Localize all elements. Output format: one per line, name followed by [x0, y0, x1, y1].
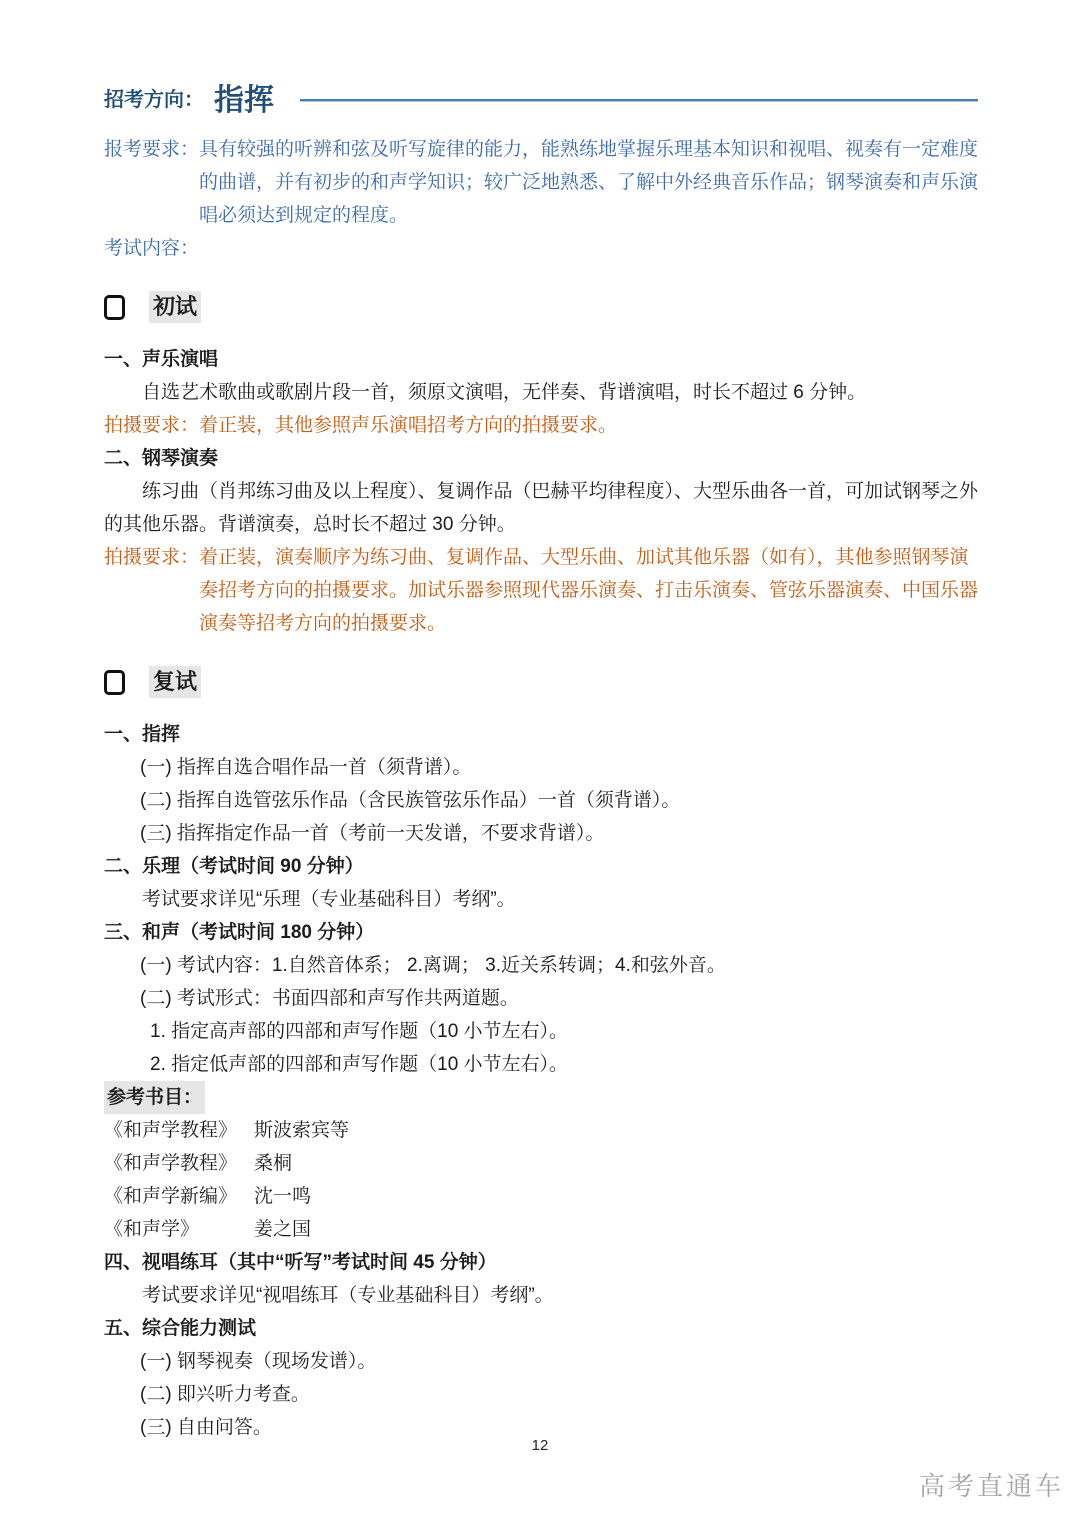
- book-title: 《和声学教程》: [104, 1147, 254, 1180]
- piano-title: 二、钢琴演奏: [104, 442, 980, 475]
- square-bullet-icon: [104, 670, 125, 695]
- document-page: { "header": { "direction_label": "招考方向："…: [0, 0, 1080, 1526]
- book-author: 桑桐: [254, 1147, 292, 1180]
- direction-label: 招考方向：: [104, 84, 204, 117]
- list-item: (一) 考试内容：1.自然音体系； 2.离调； 3.近关系转调；4.和弦外音。: [104, 949, 980, 982]
- exam-content-label: 考试内容：: [104, 232, 980, 265]
- book-title: 《和声学》: [104, 1213, 254, 1246]
- list-item: (二) 考试形式：书面四部和声写作共两道题。: [104, 982, 980, 1015]
- apply-requirements-label: 报考要求：: [104, 133, 199, 232]
- book-author: 斯波索宾等: [254, 1114, 349, 1147]
- list-item: 1. 指定高声部的四部和声写作题（10 小节左右）。: [104, 1015, 980, 1048]
- list-item: (一) 钢琴视奏（现场发谱）。: [104, 1345, 980, 1378]
- list-item: (二) 指挥自选管弦乐作品（含民族管弦乐作品）一首（须背谱）。: [104, 784, 980, 817]
- vocal-shooting-requirements: 拍摄要求： 着正装，其他参照声乐演唱招考方向的拍摄要求。: [104, 409, 980, 442]
- conducting-title: 一、指挥: [104, 718, 980, 751]
- book-row: 《和声学教程》 桑桐: [104, 1147, 980, 1180]
- page-title: 指挥: [214, 84, 274, 117]
- list-item: (一) 指挥自选合唱作品一首（须背谱）。: [104, 751, 980, 784]
- list-item: (二) 即兴听力考查。: [104, 1378, 980, 1411]
- theory-title: 二、乐理（考试时间 90 分钟）: [104, 850, 980, 883]
- shooting-text: 着正装，演奏顺序为练习曲、复调作品、大型乐曲、加试其他乐器（如有），其他参照钢琴…: [199, 541, 980, 640]
- book-row: 《和声学新编》 沈一鸣: [104, 1180, 980, 1213]
- apply-requirements: 报考要求： 具有较强的听辨和弦及听写旋律的能力，能熟练地掌握乐理基本知识和视唱、…: [104, 133, 980, 232]
- page-content: 招考方向： 指挥 报考要求： 具有较强的听辨和弦及听写旋律的能力，能熟练地掌握乐…: [104, 84, 980, 1444]
- shooting-text: 着正装，其他参照声乐演唱招考方向的拍摄要求。: [199, 409, 980, 442]
- comprehensive-title: 五、综合能力测试: [104, 1312, 980, 1345]
- harmony-title: 三、和声（考试时间 180 分钟）: [104, 916, 980, 949]
- book-row: 《和声学教程》 斯波索宾等: [104, 1114, 980, 1147]
- section-initial-test: 初试: [104, 291, 980, 323]
- square-bullet-icon: [104, 295, 125, 320]
- header-rule-divider: [300, 99, 978, 102]
- vocal-body: 自选艺术歌曲或歌剧片段一首，须原文演唱，无伴奏、背谱演唱，时长不超过 6 分钟。: [104, 376, 980, 409]
- shooting-label: 拍摄要求：: [104, 409, 199, 442]
- shooting-label: 拍摄要求：: [104, 541, 199, 640]
- vocal-title: 一、声乐演唱: [104, 343, 980, 376]
- watermark: 高考直通车: [919, 1466, 1064, 1503]
- doc-header: 招考方向： 指挥: [104, 84, 980, 117]
- references-label: 参考书目：: [104, 1081, 205, 1114]
- list-item: (三) 指挥指定作品一首（考前一天发谱，不要求背谱）。: [104, 817, 980, 850]
- sight-singing-title: 四、视唱练耳（其中“听写”考试时间 45 分钟）: [104, 1246, 980, 1279]
- retest-heading: 复试: [149, 666, 201, 698]
- piano-shooting-requirements: 拍摄要求： 着正装，演奏顺序为练习曲、复调作品、大型乐曲、加试其他乐器（如有），…: [104, 541, 980, 640]
- section-retest: 复试: [104, 666, 980, 698]
- initial-test-heading: 初试: [149, 291, 201, 323]
- sight-singing-body: 考试要求详见“视唱练耳（专业基础科目）考纲”。: [104, 1279, 980, 1312]
- apply-requirements-text: 具有较强的听辨和弦及听写旋律的能力，能熟练地掌握乐理基本知识和视唱、视奏有一定难…: [199, 133, 980, 232]
- piano-body: 练习曲（肖邦练习曲及以上程度）、复调作品（巴赫平均律程度）、大型乐曲各一首，可加…: [104, 475, 980, 541]
- book-author: 沈一鸣: [254, 1180, 311, 1213]
- references-block: 参考书目：: [104, 1081, 980, 1114]
- book-author: 姜之国: [254, 1213, 311, 1246]
- list-item: 2. 指定低声部的四部和声写作题（10 小节左右）。: [104, 1048, 980, 1081]
- book-row: 《和声学》 姜之国: [104, 1213, 980, 1246]
- book-title: 《和声学新编》: [104, 1180, 254, 1213]
- theory-body: 考试要求详见“乐理（专业基础科目）考纲”。: [104, 883, 980, 916]
- page-number: 12: [0, 1437, 1080, 1454]
- book-title: 《和声学教程》: [104, 1114, 254, 1147]
